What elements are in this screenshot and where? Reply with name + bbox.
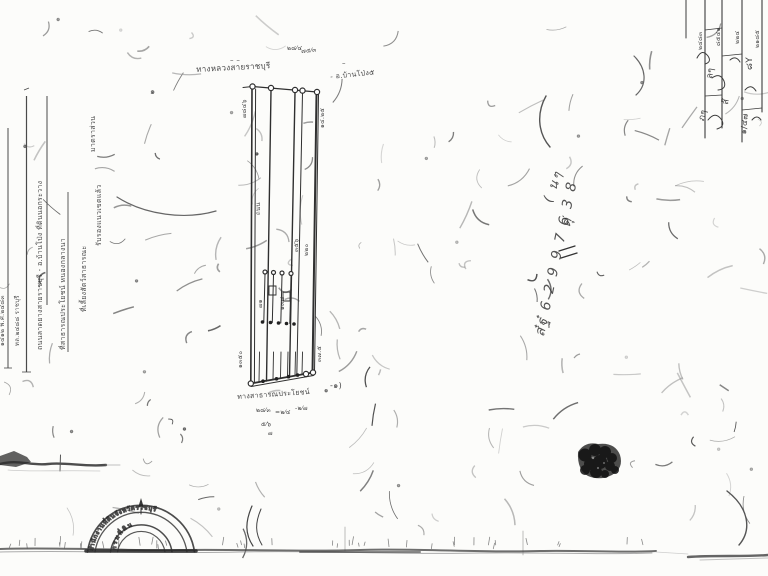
ink-blob <box>578 443 621 478</box>
svg-text:กรมที่ดิน: กรมที่ดิน <box>111 521 134 550</box>
paper-fiber-texture <box>0 16 768 558</box>
stamp-inner-text: กรมที่ดิน <box>111 521 134 550</box>
scanned-document-page: สำนักงานที่ดินจังหวัดราชบุรี กรมที่ดิน ๒… <box>0 0 768 576</box>
official-stamp: สำนักงานที่ดินจังหวัดราชบุรี กรมที่ดิน <box>88 498 195 552</box>
stray-strokes <box>117 56 747 555</box>
left-form-rules <box>4 88 68 372</box>
document-artwork: สำนักงานที่ดินจังหวัดราชบุรี กรมที่ดิน <box>0 0 768 576</box>
corner-table-scribbles <box>697 52 761 129</box>
band-grass-texture <box>9 536 643 548</box>
corner-table <box>686 0 762 142</box>
left-smudge <box>0 451 120 471</box>
plot-drawing <box>243 84 320 387</box>
